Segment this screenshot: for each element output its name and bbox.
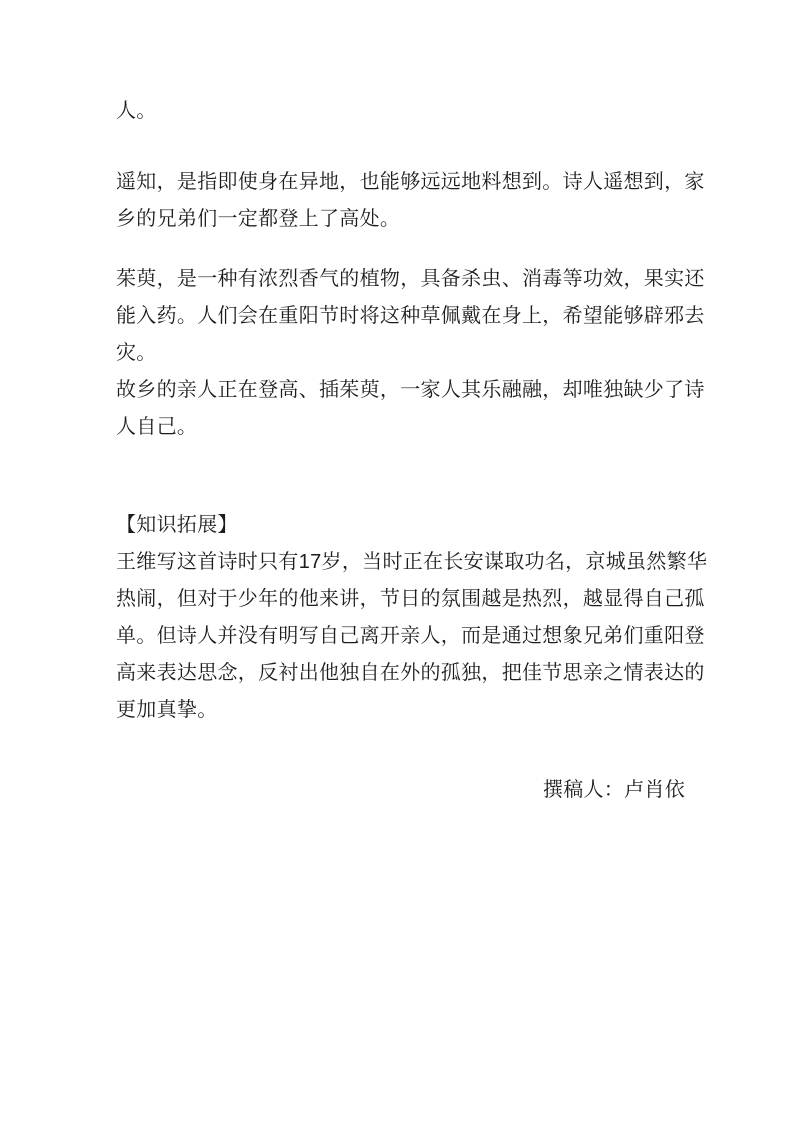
text-line: 茱萸，是一种有浓烈香气的植物，具备杀虫、消毒等功效，果实还 <box>116 261 685 298</box>
text-line: 遥知，是指即使身在异地，也能够远远地料想到。诗人遥想到，家 <box>116 164 685 201</box>
text-line: 人自己。 <box>116 409 685 446</box>
text-line: 故乡的亲人正在登高、插茱萸，一家人其乐融融，却唯独缺少了诗 <box>116 372 685 409</box>
text-line: 【知识拓展】 <box>116 507 685 544</box>
paragraph: 人。 <box>116 93 685 130</box>
text-line: 更加真挚。 <box>116 692 685 729</box>
document-page: 人。 遥知，是指即使身在异地，也能够远远地料想到。诗人遥想到，家 乡的兄弟们一定… <box>0 0 793 1123</box>
text-line: 王维写这首诗时只有17岁，当时正在长安谋取功名，京城虽然繁华 <box>116 544 685 581</box>
text-line: 热闹，但对于少年的他来讲，节日的氛围越是热烈，越显得自己孤 <box>116 581 685 618</box>
text-line: 灾。 <box>116 335 685 372</box>
paragraph: 茱萸，是一种有浓烈香气的植物，具备杀虫、消毒等功效，果实还 能入药。人们会在重阳… <box>116 261 685 372</box>
text-line: 能入药。人们会在重阳节时将这种草佩戴在身上，希望能够辟邪去 <box>116 298 685 335</box>
section-heading: 【知识拓展】 <box>116 507 685 544</box>
paragraph: 故乡的亲人正在登高、插茱萸，一家人其乐融融，却唯独缺少了诗 人自己。 <box>116 372 685 446</box>
text-line: 单。但诗人并没有明写自己离开亲人，而是通过想象兄弟们重阳登 <box>116 618 685 655</box>
document-content: 人。 遥知，是指即使身在异地，也能够远远地料想到。诗人遥想到，家 乡的兄弟们一定… <box>0 0 793 809</box>
text-line: 人。 <box>116 93 685 130</box>
paragraph: 遥知，是指即使身在异地，也能够远远地料想到。诗人遥想到，家 乡的兄弟们一定都登上… <box>116 164 685 238</box>
text-line: 乡的兄弟们一定都登上了高处。 <box>116 201 685 238</box>
byline: 撰稿人：卢肖依 <box>116 772 685 809</box>
paragraph: 王维写这首诗时只有17岁，当时正在长安谋取功名，京城虽然繁华 热闹，但对于少年的… <box>116 544 685 729</box>
text-line: 高来表达思念，反衬出他独自在外的孤独，把佳节思亲之情表达的 <box>116 655 685 692</box>
